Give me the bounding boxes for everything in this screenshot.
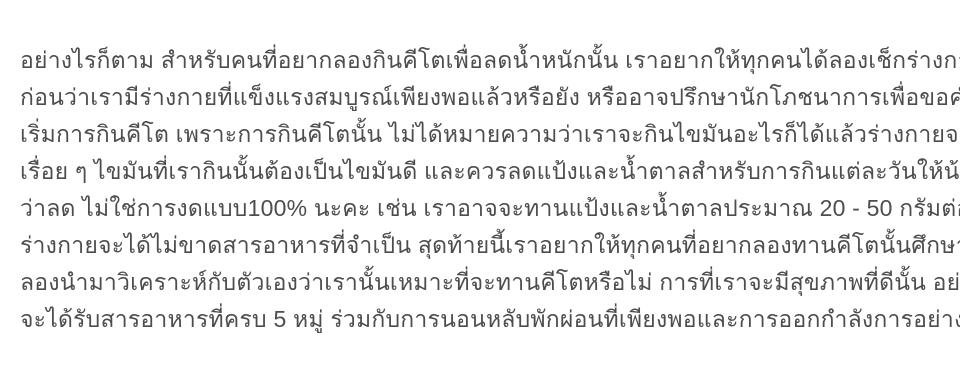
paragraph-line: ก่อนว่าเรามีร่างกายที่แข็งแรงสมบูรณ์เพีย… (20, 79, 942, 116)
paragraph-line: ว่าลด ไม่ใช่การงดแบบ100% นะคะ เช่น เราอา… (20, 190, 942, 227)
paragraph-line: เรื่อย ๆ ไขมันที่เรากินนั้นต้องเป็นไขมัน… (20, 153, 942, 190)
paragraph-line: อย่างไรก็ตาม สำหรับคนที่อยากลองกินคีโตเพ… (20, 42, 942, 79)
paragraph-line: ร่างกายจะได้ไม่ขาดสารอาหารที่จำเป็น สุดท… (20, 227, 942, 264)
article-paragraph: อย่างไรก็ตาม สำหรับคนที่อยากลองกินคีโตเพ… (20, 42, 942, 338)
paragraph-line: จะได้รับสารอาหารที่ครบ 5 หมู่ ร่วมกับการ… (20, 301, 942, 338)
paragraph-line: ลองนำมาวิเคราะห์กับตัวเองว่าเรานั้นเหมาะ… (20, 264, 942, 301)
article-body: อย่างไรก็ตาม สำหรับคนที่อยากลองกินคีโตเพ… (0, 0, 960, 338)
paragraph-line: เริ่มการกินคีโต เพราะการกินคีโตนั้น ไม่ไ… (20, 116, 942, 153)
